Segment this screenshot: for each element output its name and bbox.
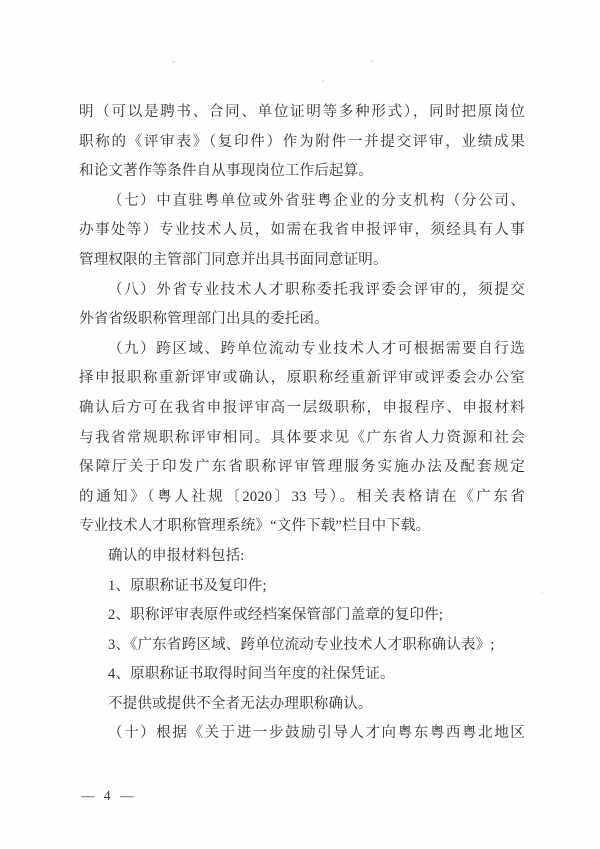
scan-speck xyxy=(371,60,374,62)
text-line: 3、《广东省跨区域、跨单位流动专业技术人才职称确认表》; xyxy=(79,631,525,661)
text-line: 管理权限的主管部门同意并出具书面同意证明。 xyxy=(79,246,525,276)
text-line: 明（可以是聘书、合同、单位证明等多种形式），同时把原岗位 xyxy=(79,98,525,128)
scan-speck xyxy=(541,592,544,594)
text-line: 职称的《评审表》（复印件）作为附件一并提交评审，业绩成果 xyxy=(79,128,525,158)
text-line: 专业技术人才职称管理系统》“文件下载”栏目中下载。 xyxy=(79,512,525,542)
text-line: 与我省常规职称评审相同。具体要求见《广东省人力资源和社会 xyxy=(79,424,525,454)
scan-speck xyxy=(172,61,175,63)
text-line: 1、原职称证书及复印件; xyxy=(79,572,525,602)
text-line: （八）外省专业技术人才职称委托我评委会评审的，须提交 xyxy=(79,276,525,306)
text-line: 的通知》（粤人社规〔2020〕33 号）。相关表格请在《广东省 xyxy=(79,483,525,513)
document-body: 明（可以是聘书、合同、单位证明等多种形式），同时把原岗位职称的《评审表》（复印件… xyxy=(79,98,525,749)
text-line: 2、职称评审表原件或经档案保管部门盖章的复印件; xyxy=(79,601,525,631)
text-line: 和论文著作等条件自从事现岗位工作后起算。 xyxy=(79,157,525,187)
text-line: （九）跨区域、跨单位流动专业技术人才可根据需要自行选 xyxy=(79,335,525,365)
scanned-document-page: 明（可以是聘书、合同、单位证明等多种形式），同时把原岗位职称的《评审表》（复印件… xyxy=(0,0,600,849)
text-line: 外省省级职称管理部门出具的委托函。 xyxy=(79,305,525,335)
text-line: 择申报职称重新评审或确认，原职称经重新评审或评委会办公室 xyxy=(79,364,525,394)
text-line: （七）中直驻粤单位或外省驻粤企业的分支机构（分公司、 xyxy=(79,187,525,217)
text-line: 保障厅关于印发广东省职称评审管理服务实施办法及配套规定 xyxy=(79,453,525,483)
scan-speck xyxy=(322,80,324,82)
text-line: 不提供或提供不全者无法办理职称确认。 xyxy=(79,690,525,720)
text-line: 4、原职称证书取得时间当年度的社保凭证。 xyxy=(79,660,525,690)
page-number: — 4 — xyxy=(81,788,137,804)
text-line: 办事处等）专业技术人员，如需在我省申报评审，须经具有人事 xyxy=(79,216,525,246)
text-line: 确认后方可在我省申报评审高一层级职称，申报程序、申报材料 xyxy=(79,394,525,424)
text-line: （十）根据《关于进一步鼓励引导人才向粤东粤西粤北地区 xyxy=(79,719,525,749)
text-line: 确认的申报材料包括: xyxy=(79,542,525,572)
